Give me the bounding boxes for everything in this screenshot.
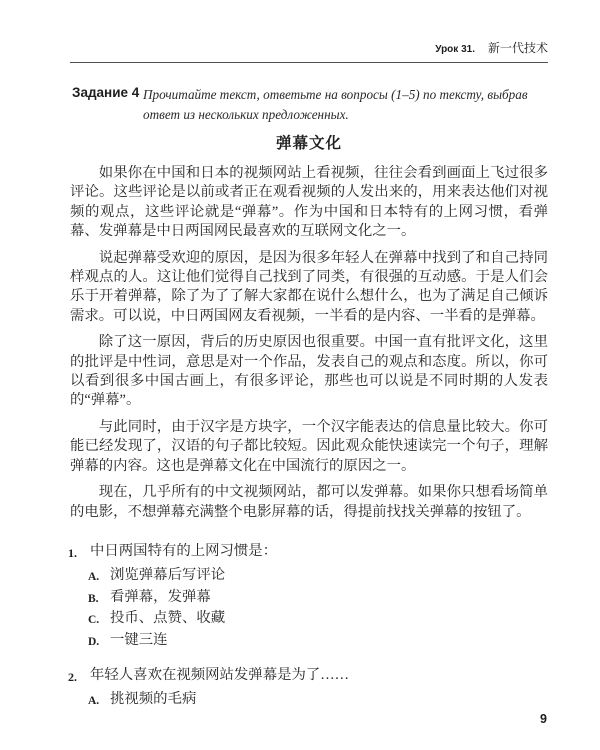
article-title: 弹幕文化 <box>70 131 548 153</box>
option-text: 浏览弹幕后写评论 <box>110 566 225 585</box>
task-label: Задание 4 <box>72 85 143 100</box>
option-letter: A. <box>88 566 110 587</box>
question-text: 中日两国特有的上网习惯是： <box>90 542 277 561</box>
article-paragraph-5: 现在，几乎所有的中文视频网站，都可以发弹幕。如果你只想看场简单的电影，不想弹幕充… <box>70 483 548 522</box>
option-a: A. 浏览弹幕后写评论 <box>88 566 548 588</box>
option-letter: A. <box>88 690 110 711</box>
option-letter: D. <box>88 631 110 652</box>
page-number: 9 <box>540 712 547 726</box>
option-letter: B. <box>88 588 110 609</box>
option-d: D. 一键三连 <box>88 631 548 653</box>
question-1: 1. 中日两国特有的上网习惯是： A. 浏览弹幕后写评论 B. 看弹幕，发弹幕 … <box>68 542 548 652</box>
question-2: 2. 年轻人喜欢在视频网站发弹幕是为了…… A. 挑视频的毛病 <box>68 666 548 712</box>
header-rule <box>70 62 548 63</box>
lesson-title: 新一代技术 <box>488 41 548 55</box>
task-block: Задание 4 Прочитайте текст, ответьте на … <box>72 85 550 125</box>
option-letter: C. <box>88 609 110 630</box>
article-paragraph-4: 与此同时，由于汉字是方块字，一个汉字能表达的信息量比较大。你可能已经发现了，汉语… <box>70 418 548 476</box>
question-2-options: A. 挑视频的毛病 <box>88 690 548 712</box>
task-instruction: Прочитайте текст, ответьте на вопросы (1… <box>143 85 550 125</box>
option-text: 一键三连 <box>110 631 168 650</box>
questions-section: 1. 中日两国特有的上网习惯是： A. 浏览弹幕后写评论 B. 看弹幕，发弹幕 … <box>68 542 548 712</box>
running-header: Урок 31.新一代技术 <box>70 39 548 57</box>
option-c: C. 投币、点赞、收藏 <box>88 609 548 631</box>
article-paragraph-2: 说起弹幕受欢迎的原因，是因为很多年轻人在弹幕中找到了和自己持同样观点的人。这让他… <box>70 249 548 326</box>
lesson-number-label: Урок 31. <box>435 44 475 55</box>
article-paragraph-1: 如果你在中国和日本的视频网站上看视频，往往会看到画面上飞过很多评论。这些评论是以… <box>70 164 548 241</box>
question-text: 年轻人喜欢在视频网站发弹幕是为了…… <box>90 666 349 685</box>
textbook-page: Урок 31.新一代技术 Задание 4 Прочитайте текст… <box>0 0 600 750</box>
article: 弹幕文化 如果你在中国和日本的视频网站上看视频，往往会看到画面上飞过很多评论。这… <box>70 131 548 530</box>
option-a: A. 挑视频的毛病 <box>88 690 548 712</box>
option-text: 挑视频的毛病 <box>110 690 196 709</box>
option-text: 投币、点赞、收藏 <box>110 609 225 628</box>
article-paragraph-3: 除了这一原因，背后的历史原因也很重要。中国一直有批评文化，这里的批评是中性词，意… <box>70 333 548 410</box>
question-number: 1. <box>68 542 90 563</box>
question-number: 2. <box>68 666 90 687</box>
question-1-options: A. 浏览弹幕后写评论 B. 看弹幕，发弹幕 C. 投币、点赞、收藏 D. 一键… <box>88 566 548 652</box>
option-text: 看弹幕，发弹幕 <box>110 588 211 607</box>
option-b: B. 看弹幕，发弹幕 <box>88 588 548 610</box>
question-2-stem: 2. 年轻人喜欢在视频网站发弹幕是为了…… <box>68 666 548 687</box>
question-1-stem: 1. 中日两国特有的上网习惯是： <box>68 542 548 563</box>
